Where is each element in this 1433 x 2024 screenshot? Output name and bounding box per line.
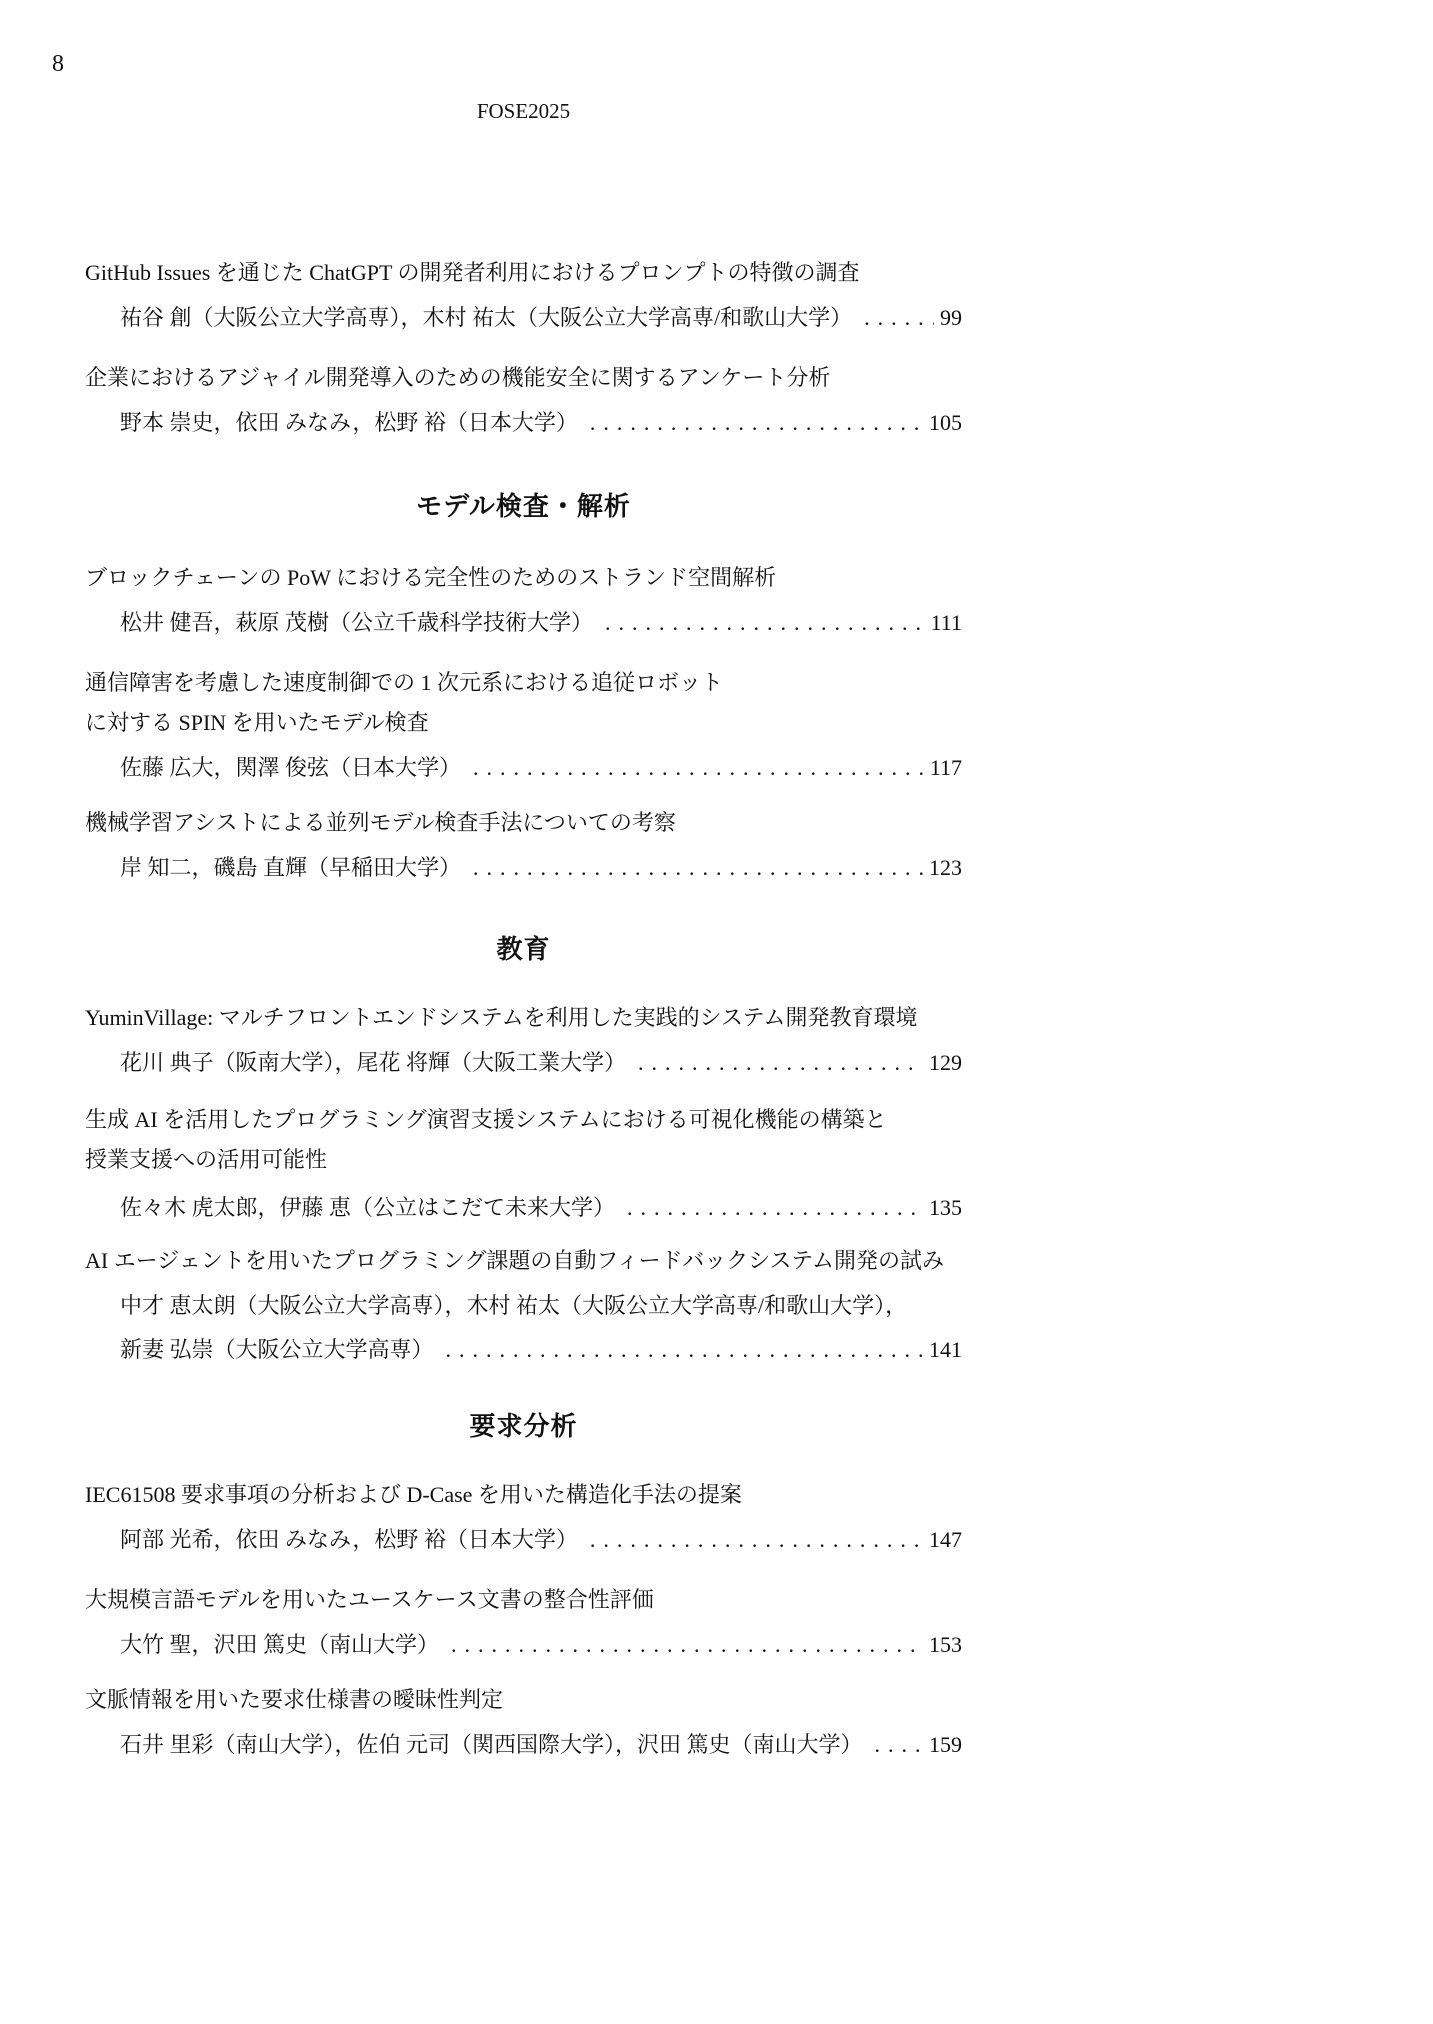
entry-page-number: 135 [929,1193,962,1223]
dot-leader [875,1730,923,1760]
entry-title: IEC61508 要求事項の分析および D-Case を用いた構造化手法の提案 [85,1480,962,1510]
entry-authors: 石井 里彩（南山大学），佐伯 元司（関西国際大学），沢田 篤史（南山大学） 15… [85,1730,962,1760]
dot-leader [627,1193,923,1223]
entry-authors-text: 大竹 聖，沢田 篤史（南山大学） [120,1630,439,1660]
entry-authors-text: 阿部 光希，依田 みなみ，松野 裕（日本大学） [120,1525,578,1555]
entry-authors-text: 石井 里彩（南山大学），佐伯 元司（関西国際大学），沢田 篤史（南山大学） [120,1730,863,1760]
entry-title: AI エージェントを用いたプログラミング課題の自動フィードバックシステム開発の試… [85,1246,962,1276]
dot-leader [473,753,924,783]
entry-authors: 祐谷 創（大阪公立大学高専），木村 祐太（大阪公立大学高専/和歌山大学） 99 [85,303,962,333]
entry-title: 通信障害を考慮した速度制御での 1 次元系における追従ロボット [85,668,962,698]
dot-leader [590,1525,923,1555]
entry-page-number: 141 [929,1335,962,1365]
entry-authors: 花川 典子（阪南大学），尾花 将輝（大阪工業大学） 129 [85,1048,962,1078]
section-heading: モデル検査・解析 [85,488,962,524]
entry-title: YuminVillage: マルチフロントエンドシステムを利用した実践的システム… [85,1003,962,1033]
entry-page-number: 159 [929,1730,962,1760]
dot-leader [638,1048,923,1078]
entry-authors-text: 松井 健吾，萩原 茂樹（公立千歳科学技術大学） [120,608,593,638]
entry-authors: 松井 健吾，萩原 茂樹（公立千歳科学技術大学） 111 [85,608,962,638]
dot-leader [864,303,934,333]
entry-authors-text: 岸 知二，磯島 直輝（早稲田大学） [120,853,461,883]
entry-page-number: 111 [931,608,962,638]
dot-leader [451,1630,923,1660]
entry-page-number: 123 [929,853,962,883]
entry-authors-text: 花川 典子（阪南大学），尾花 将輝（大阪工業大学） [120,1048,626,1078]
entry-authors: 岸 知二，磯島 直輝（早稲田大学） 123 [85,853,962,883]
entry-authors-text: 佐藤 広大，関澤 俊弦（日本大学） [120,753,461,783]
entry-page-number: 153 [929,1630,962,1660]
entry-title: 機械学習アシストによる並列モデル検査手法についての考察 [85,808,962,838]
entry-authors-text: 祐谷 創（大阪公立大学高専），木村 祐太（大阪公立大学高専/和歌山大学） [120,303,852,333]
entry-authors-text: 佐々木 虎太郎，伊藤 恵（公立はこだて未来大学） [120,1193,615,1223]
entry-page-number: 147 [929,1525,962,1555]
entry-authors-text: 中才 恵太朗（大阪公立大学高専），木村 祐太（大阪公立大学高専/和歌山大学）， [120,1291,907,1321]
entry-title: 大規模言語モデルを用いたユースケース文書の整合性評価 [85,1585,962,1615]
entry-authors: 佐藤 広大，関澤 俊弦（日本大学） 117 [85,753,962,783]
entry-authors: 中才 恵太朗（大阪公立大学高専），木村 祐太（大阪公立大学高専/和歌山大学）， [85,1291,962,1321]
entry-title: 授業支援への活用可能性 [85,1145,962,1175]
entry-page-number: 117 [930,753,962,783]
entry-title: 企業におけるアジャイル開発導入のための機能安全に関するアンケート分析 [85,363,962,393]
toc-content: FOSE2025 GitHub Issues を通じた ChatGPT の開発者… [85,0,962,1760]
page-number: 8 [52,50,64,78]
entry-authors: 佐々木 虎太郎，伊藤 恵（公立はこだて未来大学） 135 [85,1193,962,1223]
entry-title: 生成 AI を活用したプログラミング演習支援システムにおける可視化機能の構築と [85,1105,962,1135]
section-heading: 要求分析 [85,1408,962,1444]
entry-authors-text: 新妻 弘崇（大阪公立大学高専） [120,1335,434,1365]
section-heading: 教育 [85,931,962,967]
dot-leader [446,1335,923,1365]
dot-leader [605,608,925,638]
entry-authors: 阿部 光希，依田 みなみ，松野 裕（日本大学） 147 [85,1525,962,1555]
entry-authors: 野本 崇史，依田 みなみ，松野 裕（日本大学） 105 [85,408,962,438]
toc-page: 8 FOSE2025 GitHub Issues を通じた ChatGPT の開… [0,0,1433,2024]
dot-leader [590,408,923,438]
entry-page-number: 129 [929,1048,962,1078]
entry-authors: 大竹 聖，沢田 篤史（南山大学） 153 [85,1630,962,1660]
entry-title: ブロックチェーンの PoW における完全性のためのストランド空間解析 [85,563,962,593]
dot-leader [473,853,923,883]
entry-authors-text: 野本 崇史，依田 みなみ，松野 裕（日本大学） [120,408,578,438]
running-header: FOSE2025 [85,98,962,124]
entry-title: 文脈情報を用いた要求仕様書の曖昧性判定 [85,1685,962,1715]
entry-page-number: 105 [929,408,962,438]
entry-title: GitHub Issues を通じた ChatGPT の開発者利用におけるプロン… [85,258,962,288]
entry-page-number: 99 [940,303,962,333]
entry-title: に対する SPIN を用いたモデル検査 [85,708,962,738]
entry-authors: 新妻 弘崇（大阪公立大学高専） 141 [85,1335,962,1365]
